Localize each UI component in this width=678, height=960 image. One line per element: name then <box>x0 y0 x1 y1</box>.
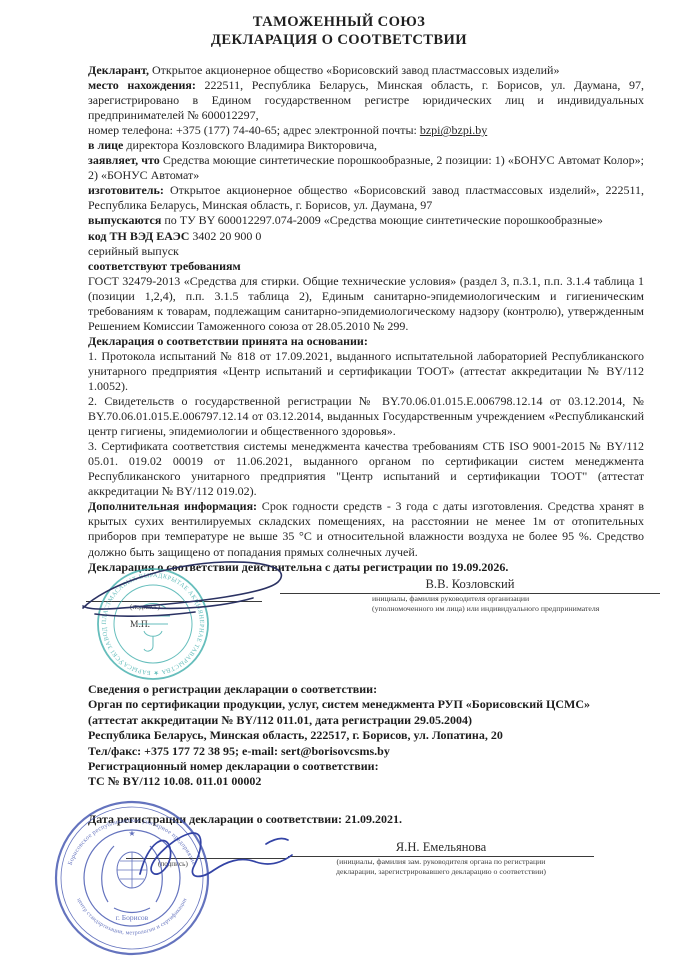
location-paragraph: место нахождения: 222511, Республика Бел… <box>88 78 644 123</box>
svg-text:центр стандартизации, метролог: центр стандартизации, метрологии и серти… <box>75 897 188 936</box>
declaration-page: ТАМОЖЕННЫЙ СОЮЗ ДЕКЛАРАЦИЯ О СООТВЕТСТВИ… <box>0 0 678 960</box>
head-signature-block: В.В. Козловский инициалы, фамилия руково… <box>280 577 660 613</box>
registration-body-line4: Тел/факс: +375 177 72 38 95; e-mail: ser… <box>88 744 644 759</box>
declarant-label: Декларант, <box>88 63 149 77</box>
additional-info-paragraph: Дополнительная информация: Срок годности… <box>88 499 644 559</box>
registration-date-block: Дата регистрации декларации о соответств… <box>88 812 644 827</box>
registrar-stamp-center-text: г. Борисов <box>116 913 149 922</box>
manufacturer-value: Открытое акционерное общество «Борисовск… <box>88 183 644 212</box>
produced-value: по ТУ BY 600012297.074-2009 «Средства мо… <box>161 213 603 227</box>
basis-item-1: 1. Протокола испытаний № 818 от 17.09.20… <box>88 349 644 394</box>
registration-body-line2: (аттестат аккредитации № BY/112 011.01, … <box>88 713 644 728</box>
registrar-caption-2: декларации, зарегистрировавшего декларац… <box>288 867 594 877</box>
declarant-paragraph: Декларант, Открытое акционерное общество… <box>88 63 644 78</box>
doc-title-line1: ТАМОЖЕННЫЙ СОЮЗ <box>0 14 678 32</box>
declarant-value: Открытое акционерное общество «Борисовск… <box>149 63 560 77</box>
email-value: bzpi@bzpi.by <box>420 123 487 137</box>
regnum-value: ТС № BY/112 10.08. 011.01 00002 <box>88 774 644 789</box>
manufacturer-label: изготовитель: <box>88 183 164 197</box>
mp-label: М.П. <box>130 620 150 630</box>
registration-body-line3: Республика Беларусь, Минская область, 22… <box>88 728 644 743</box>
podpis-label-1: (подпись) <box>130 603 160 611</box>
registration-heading: Сведения о регистрации декларации о соот… <box>88 682 644 697</box>
declares-value: Средства моющие синтетические порошкообр… <box>88 153 644 182</box>
inface-paragraph: в лице директора Козловского Владимира В… <box>88 138 644 153</box>
inface-value: директора Козловского Владимира Викторов… <box>123 138 377 152</box>
registrar-name: Я.Н. Емельянова <box>288 840 594 855</box>
head-caption-2: (уполномоченного им лица) или индивидуал… <box>372 604 660 614</box>
declares-paragraph: заявляет, что Средства моющие синтетичес… <box>88 153 644 183</box>
tnved-label: код ТН ВЭД ЕАЭС <box>88 229 189 243</box>
registrar-signature-block: Я.Н. Емельянова (инициалы, фамилия зам. … <box>288 840 594 876</box>
registrar-stamp-ring-text-bottom: центр стандартизации, метрологии и серти… <box>75 897 188 936</box>
document-header: ТАМОЖЕННЫЙ СОЮЗ ДЕКЛАРАЦИЯ О СООТВЕТСТВИ… <box>0 14 678 49</box>
additional-info-label: Дополнительная информация: <box>88 499 257 513</box>
registration-info-block: Сведения о регистрации декларации о соот… <box>88 682 644 759</box>
conform-heading-text: соответствуют требованиям <box>88 259 241 273</box>
registration-body-line1: Орган по сертификации продукции, услуг, … <box>88 697 644 712</box>
doc-title-line2: ДЕКЛАРАЦИЯ О СООТВЕТСТВИИ <box>0 32 678 50</box>
phone-value: номер телефона: +375 (177) 74-40-65; адр… <box>88 123 420 137</box>
declaration-body: Декларант, Открытое акционерное общество… <box>88 63 644 575</box>
produced-label: выпускаются <box>88 213 161 227</box>
conform-heading: соответствуют требованиям <box>88 259 644 274</box>
regnum-heading: Регистрационный номер декларации о соотв… <box>88 759 644 774</box>
registrar-stamp-star-icon: ★ <box>128 829 135 838</box>
manufacturer-paragraph: изготовитель: Открытое акционерное общес… <box>88 183 644 213</box>
gost-paragraph: ГОСТ 32479-2013 «Средства для стирки. Об… <box>88 274 644 334</box>
basis-item-2: 2. Свидетельств о государственной регист… <box>88 394 644 439</box>
location-label: место нахождения: <box>88 78 196 92</box>
serial-line: серийный выпуск <box>88 244 644 259</box>
basis-item-3: 3. Сертификата соответствия системы мене… <box>88 439 644 499</box>
registrar-caption-1: (инициалы, фамилия зам. руководителя орг… <box>288 857 594 867</box>
head-name: В.В. Козловский <box>280 577 660 592</box>
signature-line-left <box>86 601 262 602</box>
produced-paragraph: выпускаются по ТУ BY 600012297.074-2009 … <box>88 213 644 228</box>
declares-label: заявляет, что <box>88 153 160 167</box>
validity-line: Декларация о соответствии действительна … <box>88 560 644 575</box>
podpis-label-2: (подпись) <box>158 860 188 868</box>
head-caption-1: инициалы, фамилия руководителя организац… <box>372 594 660 604</box>
basis-heading: Декларация о соответствии принята на осн… <box>88 334 644 349</box>
tnved-paragraph: код ТН ВЭД ЕАЭС 3402 20 900 0 <box>88 229 644 244</box>
validity-line-text: Декларация о соответствии действительна … <box>88 560 508 574</box>
signature-line-bottom <box>126 858 286 859</box>
inface-label: в лице <box>88 138 123 152</box>
basis-heading-text: Декларация о соответствии принята на осн… <box>88 334 368 348</box>
registration-date-line: Дата регистрации декларации о соответств… <box>88 812 644 827</box>
tnved-value: 3402 20 900 0 <box>189 229 261 243</box>
registration-number-block: Регистрационный номер декларации о соотв… <box>88 759 644 790</box>
phone-paragraph: номер телефона: +375 (177) 74-40-65; адр… <box>88 123 644 138</box>
registrar-signature-ink <box>118 822 308 892</box>
